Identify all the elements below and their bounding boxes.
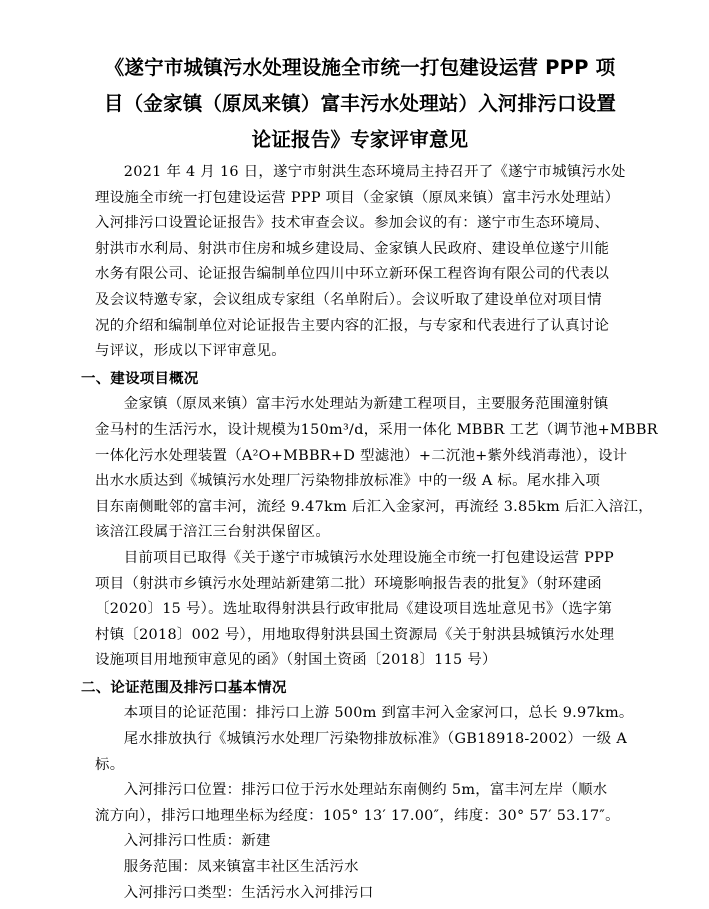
text-line: 〔2020〕15 号）。选址取得射洪县行政审批局《建设项目选址意见书》（选字第 <box>95 597 625 623</box>
text-line: 入河排污口位置：排污口位于污水处理站东南侧约 5m，富丰河左岸（顺水 <box>95 778 625 804</box>
text-line: 金家镇（原凤来镇）富丰污水处理站为新建工程项目，主要服务范围潼射镇 <box>95 392 625 418</box>
scope-paragraph: 本项目的论证范围：排污口上游 500m 到富丰河入金家河口，总长 9.97km。 <box>95 701 625 727</box>
text-line: 出水水质达到《城镇污水处理厂污染物排放标准》中的一级 A 标。尾水排入项 <box>95 469 625 495</box>
text-line: 金马村的生活污水，设计规模为150m³/d，采用一体化 MBBR 工艺（调节池+… <box>95 418 625 444</box>
service-scope: 服务范围：凤来镇富丰社区生活污水 <box>95 855 625 881</box>
text-line: 该涪江段属于涪江三台射洪保留区。 <box>95 520 625 546</box>
title-line: 论证报告》专家评审意见 <box>81 122 639 158</box>
document-title: 《遂宁市城镇污水处理设施全市统一打包建设运营 PPP 项 目（金家镇（原凤来镇）… <box>81 50 639 158</box>
outlet-type: 入河排污口类型：生活污水入河排污口 <box>95 881 625 907</box>
text-line: 与评议，形成以下评审意见。 <box>95 339 625 365</box>
text-line: 2021 年 4 月 16 日，遂宁市射洪生态环境局主持召开了《遂宁市城镇污水处 <box>95 160 625 186</box>
text-line: 项目（射洪市乡镇污水处理站新建第二批）环境影响报告表的批复》（射环建函 <box>95 572 625 598</box>
text-line: 一体化污水处理装置（A²O+MBBR+D 型滤池）+二沉池+紫外线消毒池），设计 <box>95 444 625 470</box>
document-body: 2021 年 4 月 16 日，遂宁市射洪生态环境局主持召开了《遂宁市城镇污水处… <box>95 160 625 906</box>
text-line: 尾水排放执行《城镇污水处理厂污染物排放标准》（GB18918-2002）一级 A <box>95 727 625 753</box>
outlet-location-paragraph: 入河排污口位置：排污口位于污水处理站东南侧约 5m，富丰河左岸（顺水 流方向），… <box>95 778 625 829</box>
intro-paragraph: 2021 年 4 月 16 日，遂宁市射洪生态环境局主持召开了《遂宁市城镇污水处… <box>95 160 625 365</box>
text-line: 入河排污口设置论证报告》技术审查会议。参加会议的有：遂宁市生态环境局、 <box>95 211 625 237</box>
title-line: 目（金家镇（原凤来镇）富丰污水处理站）入河排污口设置 <box>81 86 639 122</box>
text-line: 况的介绍和编制单位对论证报告主要内容的汇报，与专家和代表进行了认真讨论 <box>95 314 625 340</box>
approvals-paragraph: 目前项目已取得《关于遂宁市城镇污水处理设施全市统一打包建设运营 PPP 项目（射… <box>95 546 625 674</box>
text-line: 标。 <box>95 753 625 779</box>
text-line: 目前项目已取得《关于遂宁市城镇污水处理设施全市统一打包建设运营 PPP <box>95 546 625 572</box>
standard-paragraph: 尾水排放执行《城镇污水处理厂污染物排放标准》（GB18918-2002）一级 A… <box>95 727 625 778</box>
text-line: 目东南侧毗邻的富丰河，流经 9.47km 后汇入金家河，再流经 3.85km 后… <box>95 495 625 521</box>
section-heading-scope-outlet: 二、论证范围及排污口基本情况 <box>81 676 625 702</box>
outlet-nature: 入河排污口性质：新建 <box>95 829 625 855</box>
text-line: 水务有限公司、论证报告编制单位四川中环立新环保工程咨询有限公司的代表以 <box>95 262 625 288</box>
text-line: 射洪市水利局、射洪市住房和城乡建设局、金家镇人民政府、建设单位遂宁川能 <box>95 237 625 263</box>
text-line: 流方向），排污口地理坐标为经度：105° 13′ 17.00″，纬度：30° 5… <box>95 804 625 830</box>
text-line: 村镇〔2018〕002 号），用地取得射洪县国土资源局《关于射洪县城镇污水处理 <box>95 623 625 649</box>
section-heading-project-overview: 一、建设项目概况 <box>81 367 625 393</box>
project-overview-paragraph: 金家镇（原凤来镇）富丰污水处理站为新建工程项目，主要服务范围潼射镇 金马村的生活… <box>95 392 625 546</box>
title-line: 《遂宁市城镇污水处理设施全市统一打包建设运营 PPP 项 <box>81 50 639 86</box>
text-line: 理设施全市统一打包建设运营 PPP 项目（金家镇（原凤来镇）富丰污水处理站） <box>95 186 625 212</box>
text-line: 设施项目用地预审意见的函》（射国土资函〔2018〕115 号） <box>95 648 625 674</box>
text-line: 及会议特邀专家，会议组成专家组（名单附后）。会议听取了建设单位对项目情 <box>95 288 625 314</box>
document-page: 《遂宁市城镇污水处理设施全市统一打包建设运营 PPP 项 目（金家镇（原凤来镇）… <box>95 50 625 906</box>
